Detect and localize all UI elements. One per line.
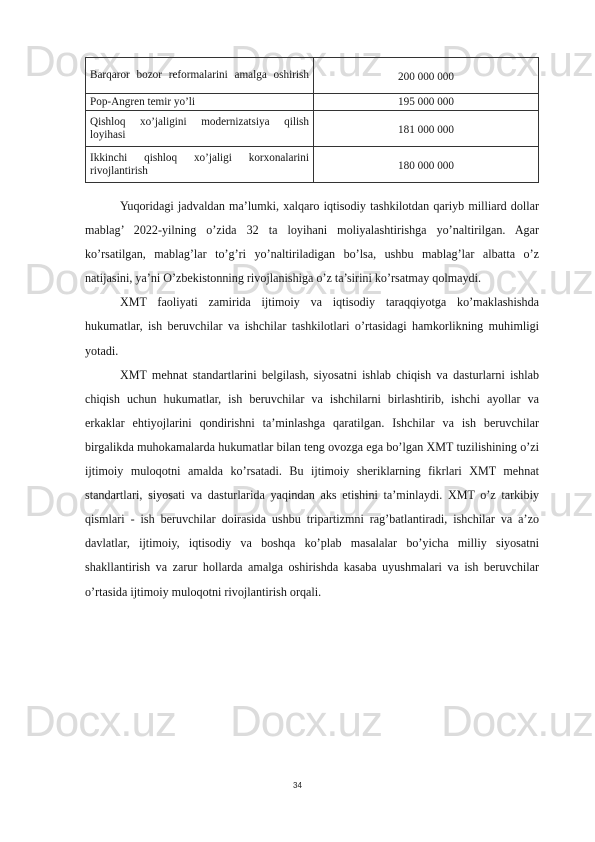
table-row: Barqaror bozor reformalarini amalga oshi… (86, 58, 539, 94)
body-text: Yuqoridagi jadvaldan ma’lumki, xalqaro i… (85, 194, 539, 604)
project-name-cell: Qishloq xo’jaligini modernizatsiya qilis… (86, 111, 314, 147)
project-name-cell: Barqaror bozor reformalarini amalga oshi… (86, 58, 314, 94)
amount-cell: 181 000 000 (314, 111, 539, 147)
amount-cell: 200 000 000 (314, 58, 539, 94)
funding-table: Barqaror bozor reformalarini amalga oshi… (85, 57, 539, 183)
paragraph: Yuqoridagi jadvaldan ma’lumki, xalqaro i… (85, 194, 539, 290)
project-name-cell: Pop-Angren temir yo’li (86, 94, 314, 111)
page-number: 34 (0, 781, 595, 790)
paragraph: XMT faoliyati zamirida ijtimoiy va iqtis… (85, 290, 539, 362)
table-row: Pop-Angren temir yo’li 195 000 000 (86, 94, 539, 111)
document-page: Barqaror bozor reformalarini amalga oshi… (0, 0, 595, 842)
table-row: Qishloq xo’jaligini modernizatsiya qilis… (86, 111, 539, 147)
project-name-cell: Ikkinchi qishloq xo’jaligi korxonalarini… (86, 147, 314, 183)
amount-cell: 195 000 000 (314, 94, 539, 111)
table-row: Ikkinchi qishloq xo’jaligi korxonalarini… (86, 147, 539, 183)
paragraph: XMT mehnat standartlarini belgilash, siy… (85, 363, 539, 604)
amount-cell: 180 000 000 (314, 147, 539, 183)
